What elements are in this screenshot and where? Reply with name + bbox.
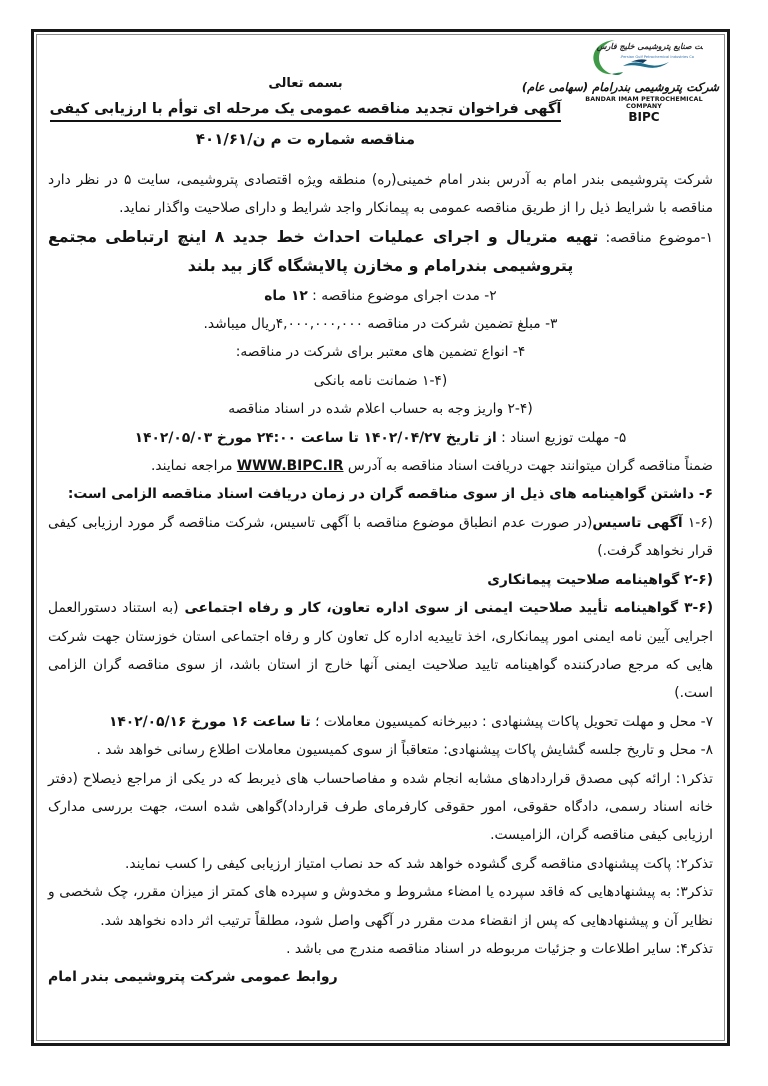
company-name-farsi: شرکت پتروشیمی بندرامام (سهامی عام) (569, 81, 719, 94)
bismillah: بسمه تعالی (48, 76, 563, 91)
note-2: تذکر۲: پاکت پیشنهادی مناقصه گری گشوده خو… (48, 850, 713, 878)
item-2-duration: ۲- مدت اجرای موضوع مناقصه : ۱۲ ماه (48, 282, 713, 310)
note-4: تذکر۴: سایر اطلاعات و جزئیات مربوطه در ا… (48, 935, 713, 963)
item-6-3-safety-certificate: ۳-۶) گواهینامه تأیید صلاحیت ایمنی از سوی… (48, 594, 713, 708)
svg-text:Persian Gulf Petrochemical Ind: Persian Gulf Petrochemical Industries Co… (620, 55, 694, 59)
document-header: شرکت صنایع پتروشیمی خلیج فارس Persian Gu… (48, 36, 713, 160)
header-titles: بسمه تعالی آگهی فراخوان تجدید مناقصه عمو… (48, 36, 563, 148)
document-body: شرکت پتروشیمی بندر امام به آدرس بندر اما… (48, 166, 713, 992)
item-3-guarantee-amount: ۳- مبلغ تضمین شرکت در مناقصه ۴,۰۰۰,۰۰۰,۰… (48, 310, 713, 338)
tender-number: مناقصه شماره ت م ن/۴۰۱/۶۱ (0, 130, 713, 148)
website-url: WWW.BIPC.IR (237, 458, 344, 474)
company-abbreviation: BIPC (569, 111, 719, 124)
signature-public-relations: روابط عمومی شرکت پتروشیمی بندر امام (48, 963, 713, 991)
item-8-opening-session: ۸- محل و تاریخ جلسه گشایش پاکات پیشنهادی… (48, 736, 713, 764)
note-3: تذکر۳: به پیشنهادهایی که فاقد سپرده یا ا… (48, 878, 713, 935)
item-6-2-contractor-qualification: ۲-۶) گواهینامه صلاحیت پیمانکاری (48, 566, 713, 594)
website-line: ضمناً مناقصه گران میتوانند جهت دریافت اس… (48, 452, 713, 480)
pgpic-emblem-icon: شرکت صنایع پتروشیمی خلیج فارس Persian Gu… (585, 38, 703, 80)
note-1: تذکر۱: ارائه کپی مصدق قراردادهای مشابه ا… (48, 765, 713, 850)
company-logo: شرکت صنایع پتروشیمی خلیج فارس Persian Gu… (569, 38, 719, 125)
item-1-subject: ۱-موضوع مناقصه: تهیه متریال و اجرای عملی… (48, 223, 713, 282)
page-title: آگهی فراخوان تجدید مناقصه عمومی یک مرحله… (48, 101, 563, 117)
item-6-1-establishment-notice: ۱-۶) آگهی تاسیس(در صورت عدم انطباق موضوع… (48, 509, 713, 566)
svg-text:شرکت صنایع پتروشیمی خلیج فارس: شرکت صنایع پتروشیمی خلیج فارس (596, 42, 703, 52)
company-name-english: BANDAR IMAM PETROCHEMICAL COMPANY (569, 97, 719, 111)
intro-paragraph: شرکت پتروشیمی بندر امام به آدرس بندر اما… (48, 166, 713, 223)
document-frame: شرکت صنایع پتروشیمی خلیج فارس Persian Gu… (31, 29, 730, 1046)
item-6-certificates: ۶- داشتن گواهینامه های ذیل از سوی مناقصه… (48, 480, 713, 508)
item-4-guarantee-types: ۴- انواع تضمین های معتبر برای شرکت در من… (48, 338, 713, 366)
item-7-submission-deadline: ۷- محل و مهلت تحویل پاکات پیشنهادی : دبی… (48, 708, 713, 736)
item-5-document-distribution: ۵- مهلت توزیع اسناد : از تاریخ ۱۴۰۲/۰۴/۲… (48, 424, 713, 452)
item-4-2-deposit: ۲-۴) واریز وجه به حساب اعلام شده در اسنا… (48, 395, 713, 423)
item-4-1-bank-guarantee: ۱-۴) ضمانت نامه بانکی (48, 367, 713, 395)
